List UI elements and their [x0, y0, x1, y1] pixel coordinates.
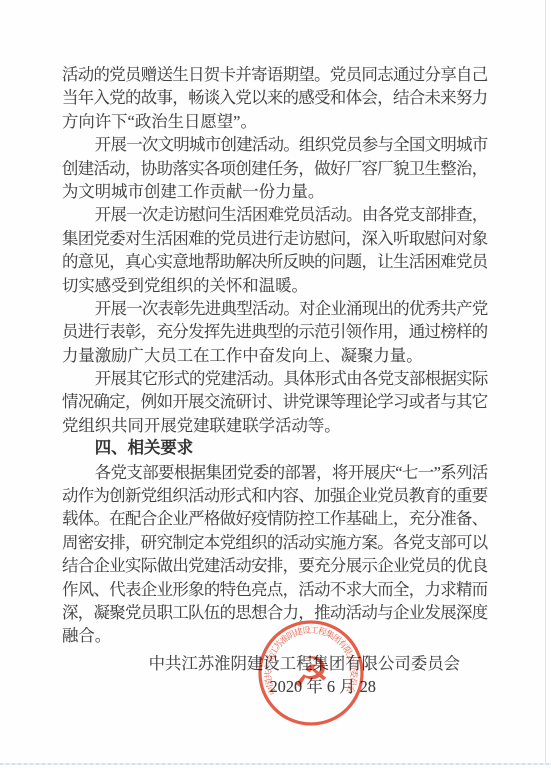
text-line: 四、相关要求: [62, 437, 488, 460]
text-line: 情况确定，例如开展交流研讨、讲党课等理论学习或者与其它: [62, 390, 488, 413]
text-line: 活动的党员赠送生日贺卡并寄语期望。党员同志通过分享自己: [62, 63, 488, 86]
signature-block: 中共江苏淮阴建设工程集团有限公司委员会 2020 年 6 月 28: [62, 652, 488, 699]
text-line: 当年入党的故事，畅谈入党以来的感受和体会，结合未来努力: [62, 86, 488, 109]
text-line: 为文明城市创建工作贡献一份力量。: [62, 180, 488, 203]
text-line: 党组织共同开展党建联建联学活动等。: [62, 414, 488, 437]
text-line: 开展一次文明城市创建活动。组织党员参与全国文明城市: [62, 133, 488, 156]
document-body: 活动的党员赠送生日贺卡并寄语期望。党员同志通过分享自己当年入党的故事，畅谈入党以…: [62, 63, 488, 699]
document-lines: 活动的党员赠送生日贺卡并寄语期望。党员同志通过分享自己当年入党的故事，畅谈入党以…: [62, 63, 488, 648]
text-line: 员进行表彰，充分发挥先进典型的示范引领作用，通过榜样的: [62, 320, 488, 343]
text-line: 周密安排，研究制定本党组织的活动实施方案。各党支部可以: [62, 531, 488, 554]
text-line: 力量激励广大员工在工作中奋发向上、凝聚力量。: [62, 344, 488, 367]
text-line: 融合。: [62, 624, 488, 647]
page-edge-right: [545, 0, 546, 763]
text-line: 切实感受到党组织的关怀和温暖。: [62, 274, 488, 297]
scanned-document-page: 活动的党员赠送生日贺卡并寄语期望。党员同志通过分享自己当年入党的故事，畅谈入党以…: [0, 0, 551, 768]
text-line: 集团党委对生活困难的党员进行走访慰问，深入听取慰问对象: [62, 227, 488, 250]
page-edge-bottom: [0, 763, 551, 765]
text-line: 创建活动，协助落实各项创建任务，做好厂容厂貌卫生整治，: [62, 157, 488, 180]
text-line: 载体。在配合企业严格做好疫情防控工作基础上，充分准备、: [62, 507, 488, 530]
text-line: 方向许下“政治生日愿望”。: [62, 110, 488, 133]
text-line: 动作为创新党组织活动形式和内容、加强企业党员教育的重要: [62, 484, 488, 507]
text-line: 作风、代表企业形象的特色亮点，活动不求大而全，力求精而: [62, 578, 488, 601]
text-line: 开展一次走访慰问生活困难党员活动。由各党支部排查，: [62, 203, 488, 226]
text-line: 开展其它形式的党建活动。具体形式由各党支部根据实际: [62, 367, 488, 390]
text-line: 的意见，真心实意地帮助解决所反映的问题，让生活困难党员: [62, 250, 488, 273]
text-line: 开展一次表彰先进典型活动。对企业涌现出的优秀共产党: [62, 297, 488, 320]
document-date: 2020 年 6 月 28: [62, 675, 488, 698]
signature-committee-name: 中共江苏淮阴建设工程集团有限公司委员会: [62, 652, 488, 675]
text-line: 各党支部要根据集团党委的部署，将开展庆“七一”系列活: [62, 461, 488, 484]
text-line: 结合企业实际做出党建活动安排，要充分展示企业党员的优良: [62, 554, 488, 577]
text-line: 深，凝聚党员职工队伍的思想合力，推动活动与企业发展深度: [62, 601, 488, 624]
